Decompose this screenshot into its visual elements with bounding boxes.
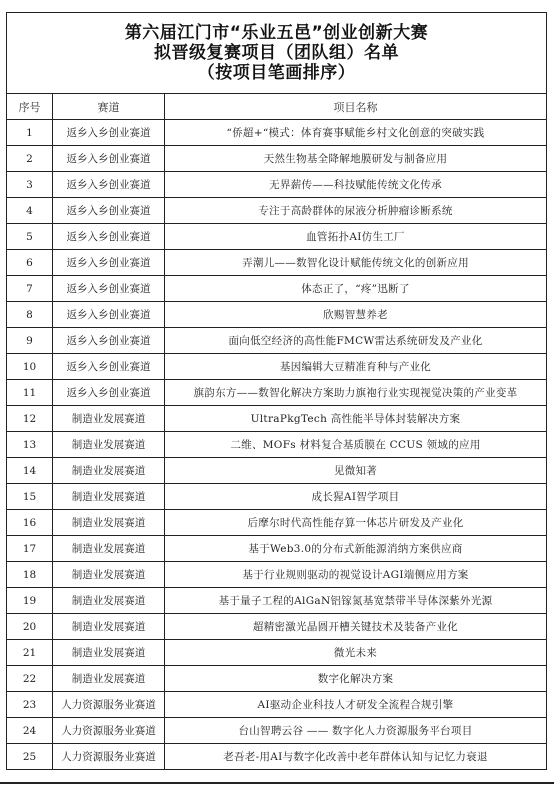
row-project-name: 体态正了，“疼”迅断了: [165, 276, 547, 302]
column-header-index: 序号: [7, 94, 53, 120]
row-track: 返乡入乡创业赛道: [53, 146, 165, 172]
row-project-name: 数字化解决方案: [165, 666, 547, 692]
row-index: 7: [7, 276, 53, 302]
row-index: 3: [7, 172, 53, 198]
row-track: 返乡入乡创业赛道: [53, 120, 165, 146]
row-index: 8: [7, 302, 53, 328]
row-index: 23: [7, 692, 53, 718]
table-row: 11返乡入乡创业赛道旗韵东方——数智化解决方案助力旗袍行业实现视觉决策的产业变革: [7, 380, 547, 406]
title-line-1: 第六届江门市“乐业五邑”创业创新大赛: [7, 23, 546, 43]
row-index: 24: [7, 718, 53, 744]
row-project-name: 见微知著: [165, 458, 547, 484]
row-index: 4: [7, 198, 53, 224]
table-row: 25人力资源服务业赛道老吾老-用AI与数字化改善中老年群体认知与记忆力衰退: [7, 744, 547, 770]
row-index: 10: [7, 354, 53, 380]
row-project-name: 基于行业规则驱动的视觉设计AGI端侧应用方案: [165, 562, 547, 588]
row-index: 15: [7, 484, 53, 510]
row-track: 返乡入乡创业赛道: [53, 250, 165, 276]
table-row: 3返乡入乡创业赛道无界薪传——科技赋能传统文化传承: [7, 172, 547, 198]
table-row: 19制造业发展赛道基于量子工程的AlGaN铝镓氮基宽禁带半导体深紫外光源: [7, 588, 547, 614]
row-track: 制造业发展赛道: [53, 666, 165, 692]
table-row: 1返乡入乡创业赛道“侨超+“模式：体育赛事赋能乡村文化创意的突破实践: [7, 120, 547, 146]
row-project-name: 欣赐智慧养老: [165, 302, 547, 328]
row-index: 6: [7, 250, 53, 276]
row-project-name: 老吾老-用AI与数字化改善中老年群体认知与记忆力衰退: [165, 744, 547, 770]
row-project-name: 无界薪传——科技赋能传统文化传承: [165, 172, 547, 198]
title-line-2: 拟晋级复赛项目（团队组）名单: [7, 43, 546, 63]
row-project-name: 基于Web3.0的分布式新能源消纳方案供应商: [165, 536, 547, 562]
row-index: 12: [7, 406, 53, 432]
row-project-name: 旗韵东方——数智化解决方案助力旗袍行业实现视觉决策的产业变革: [165, 380, 547, 406]
row-track: 制造业发展赛道: [53, 562, 165, 588]
row-track: 返乡入乡创业赛道: [53, 328, 165, 354]
row-project-name: 台山智聘云谷 —— 数字化人力资源服务平台项目: [165, 718, 547, 744]
title-line-3: （按项目笔画排序）: [7, 63, 546, 83]
row-track: 制造业发展赛道: [53, 588, 165, 614]
row-track: 制造业发展赛道: [53, 510, 165, 536]
table-row: 6返乡入乡创业赛道弄潮儿——数智化设计赋能传统文化的创新应用: [7, 250, 547, 276]
row-index: 18: [7, 562, 53, 588]
row-track: 返乡入乡创业赛道: [53, 172, 165, 198]
row-project-name: 血管拓扑AI仿生工厂: [165, 224, 547, 250]
row-index: 17: [7, 536, 53, 562]
row-project-name: “侨超+“模式：体育赛事赋能乡村文化创意的突破实践: [165, 120, 547, 146]
row-index: 20: [7, 614, 53, 640]
row-index: 22: [7, 666, 53, 692]
row-track: 制造业发展赛道: [53, 640, 165, 666]
row-track: 人力资源服务业赛道: [53, 744, 165, 770]
row-project-name: 微光未来: [165, 640, 547, 666]
row-track: 返乡入乡创业赛道: [53, 380, 165, 406]
header-row: 序号 赛道 项目名称: [7, 94, 547, 120]
table-row: 17制造业发展赛道基于Web3.0的分布式新能源消纳方案供应商: [7, 536, 547, 562]
table-row: 7返乡入乡创业赛道体态正了，“疼”迅断了: [7, 276, 547, 302]
table-row: 23人力资源服务业赛道AI驱动企业科技人才研发全流程合规引擎: [7, 692, 547, 718]
table-row: 20制造业发展赛道超精密激光晶圆开槽关键技术及装备产业化: [7, 614, 547, 640]
row-project-name: 面向低空经济的高性能FMCW雷达系统研发及产业化: [165, 328, 547, 354]
row-track: 制造业发展赛道: [53, 536, 165, 562]
row-project-name: AI驱动企业科技人才研发全流程合规引擎: [165, 692, 547, 718]
table-row: 2返乡入乡创业赛道天然生物基全降解地膜研发与制备应用: [7, 146, 547, 172]
title-row: 第六届江门市“乐业五邑”创业创新大赛 拟晋级复赛项目（团队组）名单 （按项目笔画…: [7, 13, 547, 94]
row-index: 13: [7, 432, 53, 458]
row-index: 2: [7, 146, 53, 172]
table-row: 13制造业发展赛道二维、MOFs 材料复合基质膜在 CCUS 领域的应用: [7, 432, 547, 458]
row-index: 25: [7, 744, 53, 770]
row-track: 制造业发展赛道: [53, 406, 165, 432]
project-list-table: 第六届江门市“乐业五邑”创业创新大赛 拟晋级复赛项目（团队组）名单 （按项目笔画…: [6, 12, 547, 770]
table-row: 16制造业发展赛道后摩尔时代高性能存算一体芯片研发及产业化: [7, 510, 547, 536]
table-row: 22制造业发展赛道数字化解决方案: [7, 666, 547, 692]
row-track: 人力资源服务业赛道: [53, 718, 165, 744]
table-row: 8返乡入乡创业赛道欣赐智慧养老: [7, 302, 547, 328]
table-row: 10返乡入乡创业赛道基因编辑大豆精准育种与产业化: [7, 354, 547, 380]
row-track: 制造业发展赛道: [53, 484, 165, 510]
table-row: 5返乡入乡创业赛道血管拓扑AI仿生工厂: [7, 224, 547, 250]
document-title: 第六届江门市“乐业五邑”创业创新大赛 拟晋级复赛项目（团队组）名单 （按项目笔画…: [7, 13, 547, 94]
row-index: 11: [7, 380, 53, 406]
page-bottom-rule: [0, 782, 554, 784]
row-track: 返乡入乡创业赛道: [53, 276, 165, 302]
table-row: 15制造业发展赛道成长猩AI智学项目: [7, 484, 547, 510]
table-row: 18制造业发展赛道基于行业规则驱动的视觉设计AGI端侧应用方案: [7, 562, 547, 588]
row-track: 返乡入乡创业赛道: [53, 302, 165, 328]
row-project-name: 成长猩AI智学项目: [165, 484, 547, 510]
table-row: 14制造业发展赛道见微知著: [7, 458, 547, 484]
row-project-name: 基于量子工程的AlGaN铝镓氮基宽禁带半导体深紫外光源: [165, 588, 547, 614]
table-row: 21制造业发展赛道微光未来: [7, 640, 547, 666]
row-index: 9: [7, 328, 53, 354]
table-row: 24人力资源服务业赛道台山智聘云谷 —— 数字化人力资源服务平台项目: [7, 718, 547, 744]
row-project-name: 专注于高龄群体的尿液分析肿瘤诊断系统: [165, 198, 547, 224]
table-row: 4返乡入乡创业赛道专注于高龄群体的尿液分析肿瘤诊断系统: [7, 198, 547, 224]
row-index: 16: [7, 510, 53, 536]
row-track: 制造业发展赛道: [53, 432, 165, 458]
row-index: 21: [7, 640, 53, 666]
document-sheet: 第六届江门市“乐业五邑”创业创新大赛 拟晋级复赛项目（团队组）名单 （按项目笔画…: [6, 12, 546, 770]
row-project-name: 二维、MOFs 材料复合基质膜在 CCUS 领域的应用: [165, 432, 547, 458]
row-track: 制造业发展赛道: [53, 614, 165, 640]
row-index: 19: [7, 588, 53, 614]
column-header-project: 项目名称: [165, 94, 547, 120]
row-index: 5: [7, 224, 53, 250]
row-track: 返乡入乡创业赛道: [53, 354, 165, 380]
row-project-name: 后摩尔时代高性能存算一体芯片研发及产业化: [165, 510, 547, 536]
row-project-name: 弄潮儿——数智化设计赋能传统文化的创新应用: [165, 250, 547, 276]
row-track: 制造业发展赛道: [53, 458, 165, 484]
row-project-name: 超精密激光晶圆开槽关键技术及装备产业化: [165, 614, 547, 640]
row-track: 返乡入乡创业赛道: [53, 198, 165, 224]
row-track: 返乡入乡创业赛道: [53, 224, 165, 250]
row-project-name: 天然生物基全降解地膜研发与制备应用: [165, 146, 547, 172]
row-project-name: 基因编辑大豆精准育种与产业化: [165, 354, 547, 380]
row-index: 14: [7, 458, 53, 484]
column-header-track: 赛道: [53, 94, 165, 120]
row-project-name: UltraPkgTech 高性能半导体封装解决方案: [165, 406, 547, 432]
table-row: 12制造业发展赛道UltraPkgTech 高性能半导体封装解决方案: [7, 406, 547, 432]
row-index: 1: [7, 120, 53, 146]
table-row: 9返乡入乡创业赛道面向低空经济的高性能FMCW雷达系统研发及产业化: [7, 328, 547, 354]
row-track: 人力资源服务业赛道: [53, 692, 165, 718]
